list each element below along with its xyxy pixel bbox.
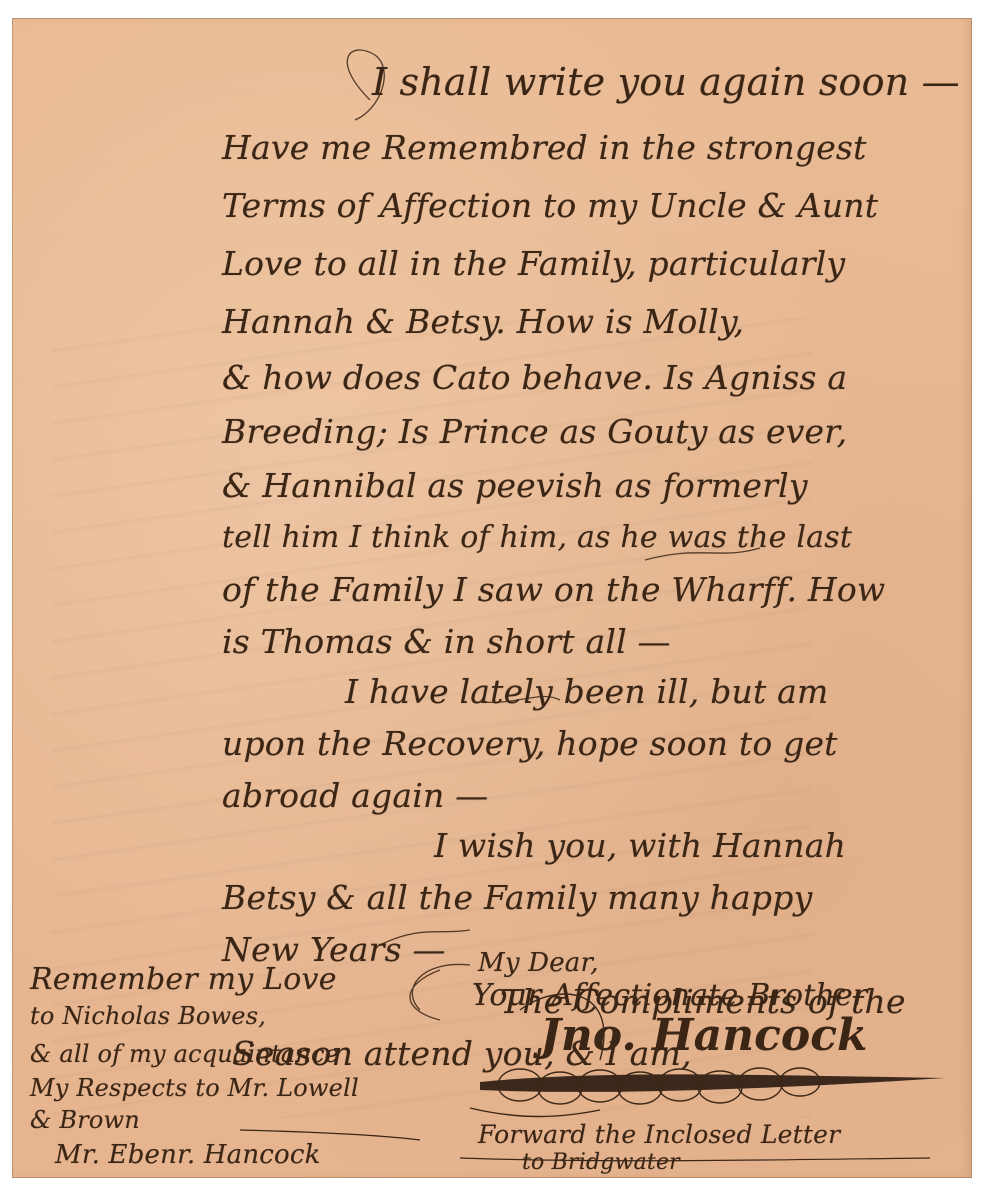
- signature: Jno. Hancock: [540, 1010, 868, 1061]
- postscript-line: & Brown: [30, 1106, 140, 1134]
- postscript-line: Mr. Ebenr. Hancock: [55, 1140, 321, 1170]
- letter-line: Love to all in the Family, particularly: [222, 244, 845, 283]
- postscript-line: My Respects to Mr. Lowell: [30, 1074, 359, 1102]
- letter-line: & how does Cato behave. Is Agniss a: [222, 358, 847, 397]
- letter-line: Terms of Affection to my Uncle & Aunt: [222, 186, 878, 225]
- postscript-line: Forward the Inclosed Letter: [478, 1120, 840, 1149]
- letter-line: of the Family I saw on the Wharff. How: [222, 570, 885, 609]
- letter-line: is Thomas & in short all —: [222, 622, 671, 661]
- salutation: My Dear,: [478, 948, 599, 978]
- letter-line: abroad again —: [222, 776, 488, 815]
- letter-line: & Hannibal as peevish as formerly: [222, 466, 808, 505]
- letter-line: Hannah & Betsy. How is Molly,: [222, 302, 744, 341]
- letter-line: upon the Recovery, hope soon to get: [222, 724, 838, 763]
- letter-line: I wish you, with Hannah: [434, 826, 846, 865]
- letter-line: Betsy & all the Family many happy: [222, 878, 812, 917]
- postscript-line: to Nicholas Bowes,: [30, 1002, 266, 1030]
- letter-line: tell him I think of him, as he was the l…: [222, 520, 852, 555]
- letter-line: I shall write you again soon —: [372, 60, 960, 104]
- postscript-line: to Bridgwater: [522, 1150, 680, 1175]
- letter-line: Have me Remembred in the strongest: [222, 128, 867, 167]
- letter-line: Breeding; Is Prince as Gouty as ever,: [222, 412, 847, 451]
- postscript-line: Remember my Love: [30, 962, 337, 997]
- valediction: Your Affectionate Brother: [472, 978, 868, 1013]
- letter-line: I have lately been ill, but am: [345, 672, 829, 711]
- postscript-line: & all of my acquaintance: [30, 1040, 339, 1068]
